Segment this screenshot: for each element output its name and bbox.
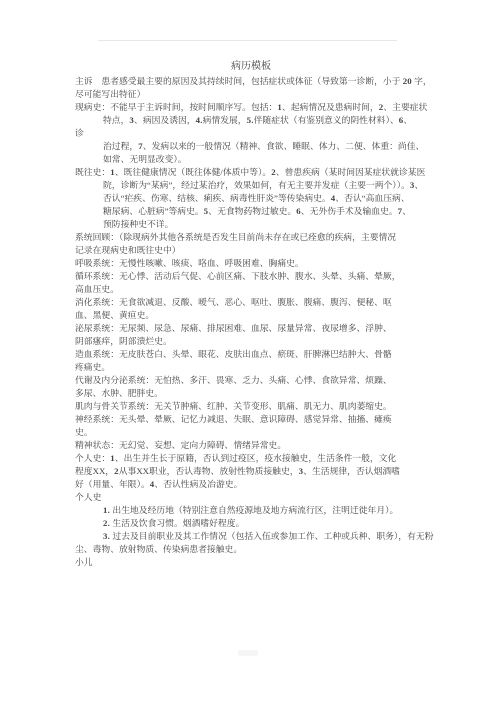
document-body: 主诉 患者感受最主要的原因及其持续时间，包括症状或体征（导致第一诊断，小于 20… xyxy=(75,75,427,569)
document-line: 尽可能写出特征） xyxy=(75,88,427,101)
number-text: 4 xyxy=(331,193,336,203)
header-divider-line xyxy=(98,40,397,41)
document-line: 消化系统：无食欲减退、反酸、嗳气、恶心、呕吐、腹胀、腹痛、腹泻、便秘、呕 xyxy=(75,296,427,309)
document-line: 记录在现病史和既往史中） xyxy=(75,244,427,257)
document-line: 系统回顾：（除现病外其他各系统是否发生目前尚未存在或已痊愈的疾病，主要情况 xyxy=(75,231,427,244)
document-content: 病历模板 主诉 患者感受最主要的原因及其持续时间，包括症状或体征（导致第一诊断，… xyxy=(75,60,427,569)
document-line: 预防接种史不详。 xyxy=(75,218,427,231)
document-line: 如常、无明显改变）。 xyxy=(75,153,427,166)
document-line: 血、黑便、黄疸史。 xyxy=(75,309,427,322)
number-text: 4 xyxy=(150,479,155,489)
number-text: 5 xyxy=(204,206,209,216)
number-text: 3 xyxy=(299,466,304,476)
number-text: 1 xyxy=(110,167,115,177)
number-text: 4. xyxy=(196,115,203,125)
document-line: 尘、毒物、放射物质、传染病患者接触史。 xyxy=(75,543,427,556)
document-line: 疼痛史。 xyxy=(75,361,427,374)
number-text: 2 xyxy=(271,167,276,177)
number-text: 3 xyxy=(129,115,134,125)
number-text: 5. xyxy=(247,115,254,125)
document-line: 造血系统：无皮肤苍白、头晕、眼花、皮肤出血点、瘀斑、肝脾淋巴结肿大、骨骼 xyxy=(75,348,427,361)
number-text: 6 xyxy=(296,206,301,216)
document-line: 循环系统：无心悸、活动后气促、心前区痛、下肢水肿、腹水、头晕、头痛、晕厥， xyxy=(75,270,427,283)
document-line: 2. 生活及饮食习惯。烟酒嗜好程度。 xyxy=(75,517,427,530)
document-line: 糖尿病、心脏病”等病史。5、无食物药物过敏史。6、无外伤手术及输血史。7、 xyxy=(75,205,427,218)
document-line: 肌肉与骨关节系统：无关节肿痛、红肿、关节变形、肌痛、肌无力、肌肉萎缩史。 xyxy=(75,400,427,413)
number-text: 7 xyxy=(138,141,143,151)
number-text: 1 xyxy=(110,453,115,463)
document-line: 诊 xyxy=(75,127,427,140)
list-number: 2. xyxy=(103,518,112,528)
document-line: 现病史：不能早于主诉时间，按时间顺序写。包括：1、起病情况及患病时间，2、主要症… xyxy=(75,101,427,114)
document-line: 特点，3、病因及诱因，4.病情发展，5.伴随症状（有鉴别意义的阴性材料）、6、 xyxy=(75,114,427,127)
document-page: 病历模板 主诉 患者感受最主要的原因及其持续时间，包括症状或体征（导致第一诊断，… xyxy=(0,0,496,702)
document-line: 院，诊断为“某病”，经过某治疗，效果如何，有无主要并发症（主要一两个））。3、 xyxy=(75,179,427,192)
number-text: 3 xyxy=(410,180,415,190)
number-text: 2 xyxy=(114,466,119,476)
document-line: 小儿 xyxy=(75,556,427,569)
document-line: 1. 出生地及经历地（特别注意自然疫源地及地方病流行区，注明迁徙年月）。 xyxy=(75,504,427,517)
document-line: 多尿、水肿、肥胖史。 xyxy=(75,387,427,400)
document-line: 阴部瘙痒，阴部溃烂史。 xyxy=(75,335,427,348)
document-line: 呼吸系统：无慢性咳嗽、咳痰、咯血、呼吸困难、胸痛史。 xyxy=(75,257,427,270)
number-text: 7 xyxy=(398,206,403,216)
document-line: 个人史 xyxy=(75,491,427,504)
document-line: 精神状态：无幻觉、妄想、定向力障碍、情绪异常史。 xyxy=(75,439,427,452)
document-line: 3. 过去及目前职业及其工作情况（包括入伍或参加工作、工种或兵种、职务），有无粉 xyxy=(75,530,427,543)
document-line: 程度XX，2从事XX职业，否认毒物、放射性物质接触史，3、生活规律，否认烟酒嗜 xyxy=(75,465,427,478)
document-line: 个人史：1、出生并生长于原籍，否认到过疫区，疫水接触史，生活条件一般，文化 xyxy=(75,452,427,465)
document-line: 神经系统：无头晕、晕厥、记忆力减退、失眠、意识障碍、感觉异常、抽搐、瘫痪 xyxy=(75,413,427,426)
number-text: 20 xyxy=(403,76,412,86)
document-line: 代谢及内分泌系统：无怕热、多汗、畏寒、乏力、头痛、心悸、食欲异常、烦躁、 xyxy=(75,374,427,387)
document-line: 治过程，7、发病以来的一般情况（精神、食欲、睡眠、体力、二便、体重：尚佳、 xyxy=(75,140,427,153)
page-footer-mark xyxy=(238,650,258,656)
document-line: 高血压史。 xyxy=(75,283,427,296)
number-text: 6 xyxy=(399,115,404,125)
document-line: 史。 xyxy=(75,426,427,439)
document-line: 好（用量、年限）。4、否认性病及冶游史。 xyxy=(75,478,427,491)
list-number: 1. xyxy=(103,505,112,515)
number-text: 2 xyxy=(379,102,384,112)
document-title: 病历模板 xyxy=(75,60,427,73)
document-line: 主诉 患者感受最主要的原因及其持续时间，包括症状或体征（导致第一诊断，小于 20… xyxy=(75,75,427,88)
document-line: 否认“疟疾、伤寒、结核、痢疾、病毒性肝炎”等传染病史。4、否认“高血压病、 xyxy=(75,192,427,205)
list-number: 3. xyxy=(103,531,112,541)
document-line: 泌尿系统：无尿频、尿急、尿痛、排尿困难、血尿、尿量异常、夜尿增多、浮肿、 xyxy=(75,322,427,335)
number-text: 1 xyxy=(277,102,282,112)
document-line: 既往史：1、既往健康情况（既往体健/体质中等）。2、曾患疾病（某时间因某症状就诊… xyxy=(75,166,427,179)
